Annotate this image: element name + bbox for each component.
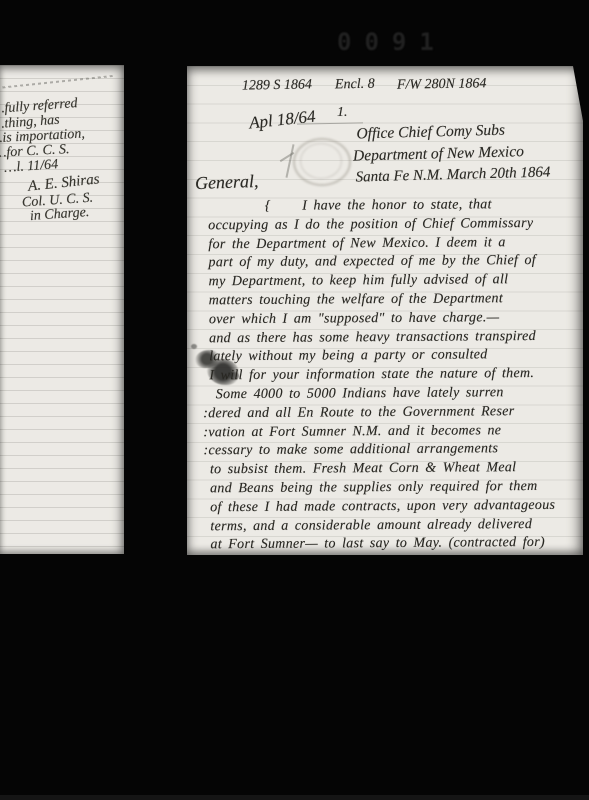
letter-page: 1289 S 1864 Encl. 8 F/W 280N 1864 1. Apl… <box>187 66 583 555</box>
file-ref-filed-with: F/W 280N 1864 <box>397 76 487 94</box>
letter-body: { I have the honor to state, that occupy… <box>202 196 580 555</box>
letterhead-department: Department of New Mexico <box>353 142 550 165</box>
letterhead: Office Chief Comy Subs Department of New… <box>352 120 550 186</box>
page-number: 1. <box>337 105 348 121</box>
circular-stain-inner <box>300 143 342 179</box>
salutation: General, <box>195 171 259 194</box>
letterhead-place-date: Santa Fe N.M. March 20th 1864 <box>355 164 550 186</box>
file-ref-enclosure: Encl. 8 <box>335 77 375 94</box>
page-corner-notch <box>573 66 583 121</box>
paper-crease <box>297 122 363 124</box>
filing-date: Apl 18/64 <box>248 107 316 134</box>
endorsement-line: …l. 11/64 <box>4 157 59 177</box>
microfilm-frame-number: 0091 <box>337 28 447 56</box>
ink-speck <box>191 344 197 349</box>
endorsement-signature-role: in Charge. <box>30 205 90 225</box>
letterhead-office: Office Chief Comy Subs <box>356 120 549 143</box>
pencil-scrawl-mark <box>0 75 114 89</box>
endorsement-page-partial: …fully referred …thing, has …is importat… <box>0 65 124 554</box>
file-ref-number: 1289 S 1864 <box>242 77 312 94</box>
scan-frame: 0091 …fully referred …thing, has …is imp… <box>0 0 589 800</box>
